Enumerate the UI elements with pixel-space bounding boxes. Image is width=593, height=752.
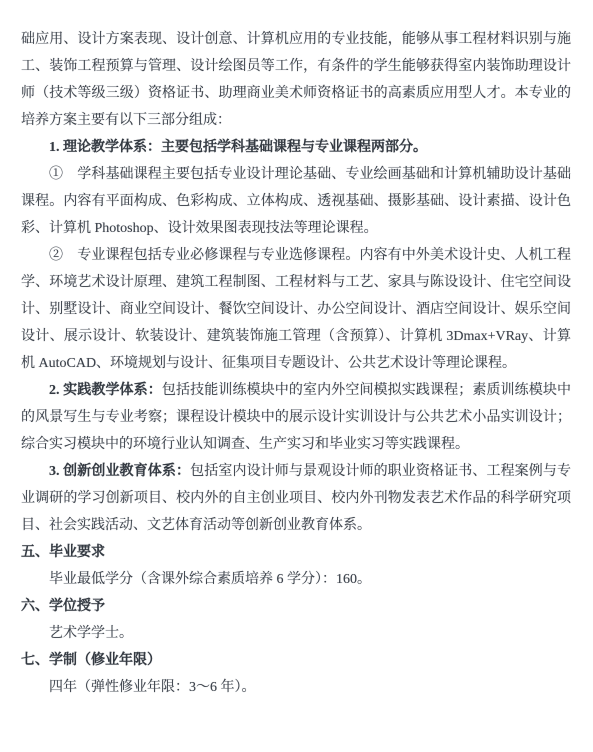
paragraph-major-courses: ② 专业课程包括专业必修课程与专业选修课程。内容有中外美术设计史、人机工程学、环… [21, 242, 571, 377]
paragraph-theory-system: 1. 理论教学体系：主要包括学科基础课程与专业课程两部分。 [21, 134, 571, 161]
paragraph-duration-years: 四年（弹性修业年限：3～6 年）。 [21, 674, 571, 701]
paragraph-minimum-credits: 毕业最低学分（含课外综合素质培养 6 学分）：160。 [21, 566, 571, 593]
document-page: 础应用、设计方案表现、设计创意、计算机应用的专业技能，能够从事工程材料识别与施工… [0, 0, 593, 752]
paragraph-practice-system: 2. 实践教学体系：包括技能训练模块中的室内外空间模拟实践课程；素质训练模块中的… [21, 377, 571, 458]
section-heading-degree-conferral: 六、学位授予 [21, 593, 571, 620]
section-heading-graduation-requirements: 五、毕业要求 [21, 539, 571, 566]
paragraph-degree-name: 艺术学学士。 [21, 620, 571, 647]
paragraph-practice-system-lead: 2. 实践教学体系： [49, 383, 162, 398]
paragraph-training-goal-continuation: 础应用、设计方案表现、设计创意、计算机应用的专业技能，能够从事工程材料识别与施工… [21, 26, 571, 134]
paragraph-innovation-system-lead: 3. 创新创业教育体系： [49, 464, 190, 479]
paragraph-foundation-courses: ① 学科基础课程主要包括专业设计理论基础、专业绘画基础和计算机辅助设计基础课程。… [21, 161, 571, 242]
paragraph-innovation-system: 3. 创新创业教育体系：包括室内设计师与景观设计师的职业资格证书、工程案例与专业… [21, 458, 571, 539]
section-heading-study-duration: 七、学制（修业年限） [21, 647, 571, 674]
